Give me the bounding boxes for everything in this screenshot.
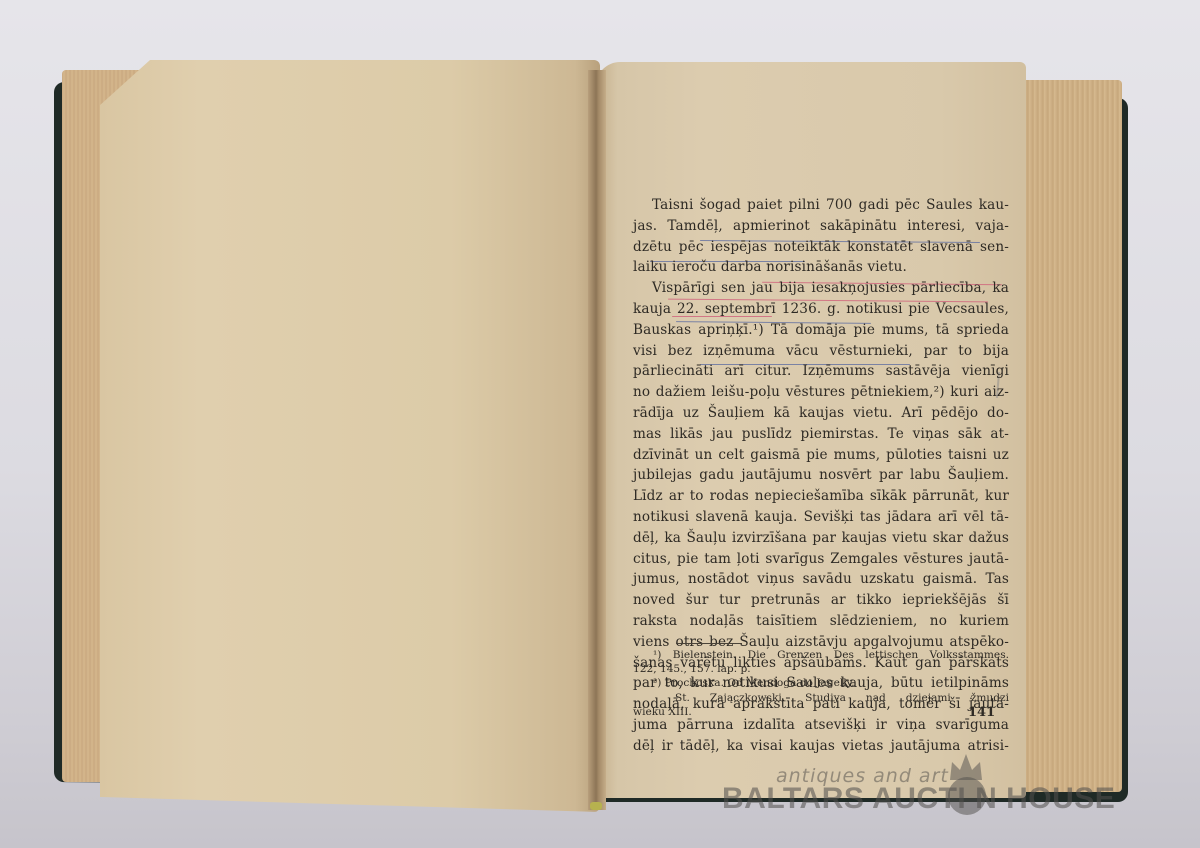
text-line: notikusi slavenā kauja. Sevišķi tas jāda… [633, 507, 1009, 528]
text-line: dzētu pēc iespējas noteiktāk konstatēt s… [633, 237, 1009, 258]
footnote-line: wieku XIII. [633, 705, 1009, 719]
text-line: jubilejas gadu jautājumu nosvērt par lab… [633, 465, 1009, 486]
text-line: raksta nodaļās taisītiem slēdzieniem, no… [633, 611, 1009, 632]
text-line: citus, pie tam ļoti svarīgus Zemgales vē… [633, 549, 1009, 570]
footnote-line: 122, 145., 157. lap. p. [633, 662, 1009, 676]
text-line: dzīvināt un celt gaismā pie mums, pūloti… [633, 445, 1009, 466]
text-line: dēļ, ka Šauļu izvirzīšana par kaujas vie… [633, 528, 1009, 549]
text-line: Vispārīgi sen jau bija iesakņojusies pār… [633, 278, 1009, 299]
watermark-brand: BALTARS AUCTI N HOUSE [722, 782, 1115, 816]
footnote-line: St. Zajączkowski. Studiya nad dziejami ž… [633, 691, 1009, 705]
text-line: visi bez izņēmuma vācu vēsturnieki, par … [633, 341, 1009, 362]
spine-glue [590, 802, 602, 810]
left-page-blank [100, 60, 600, 812]
footnote-line: ²) Prochoska. Od Mendoga do Jagelly. [633, 676, 1009, 690]
book-gutter [588, 70, 606, 810]
footnote-line: ¹) Bielenstein. Die Grenzen Des lettisch… [633, 648, 1009, 662]
text-line: Bauskas apriņķī.¹) Tā domāja pie mums, t… [633, 320, 1009, 341]
text-line: kauja 22. septembrī 1236. g. notikusi pi… [633, 299, 1009, 320]
text-line: no dažiem leišu-poļu vēstures pētniekiem… [633, 382, 1009, 403]
photo-scene: Taisni šogad paiet pilni 700 gadi pēc Sa… [0, 0, 1200, 848]
text-line: Līdz ar to rodas nepieciešamība sīkāk pā… [633, 486, 1009, 507]
page-number: 141 [968, 705, 995, 720]
text-line: laiku ieroču darba norisināšanās vietu. [633, 257, 1009, 278]
text-line: Taisni šogad paiet pilni 700 gadi pēc Sa… [633, 195, 1009, 216]
page-stack-right [1010, 80, 1122, 792]
text-line: mas likās jau puslīdz piemirstas. Te viņ… [633, 424, 1009, 445]
text-line: jas. Tamdēļ, apmierinot sakāpinātu inter… [633, 216, 1009, 237]
text-line: pārliecināti arī citur. Izņēmums sastāvē… [633, 361, 1009, 382]
footnote-divider [676, 643, 742, 644]
text-line: rādīja uz Šauļiem kā kaujas vietu. Arī p… [633, 403, 1009, 424]
text-line: noved šur tur pretrunās ar tikko iepriek… [633, 590, 1009, 611]
footnotes: ¹) Bielenstein. Die Grenzen Des lettisch… [633, 648, 1009, 719]
text-line: jumus, nostādot viņus savādu uzskatu gai… [633, 569, 1009, 590]
